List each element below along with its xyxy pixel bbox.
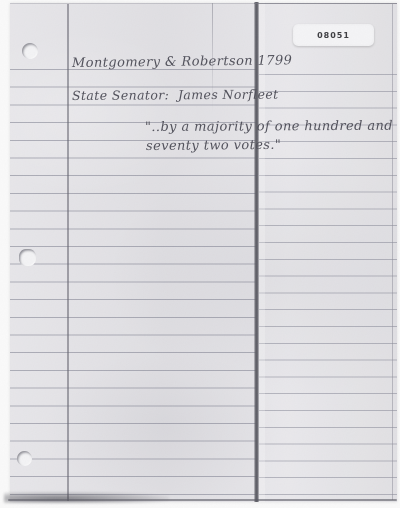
punch-hole-top [22, 43, 38, 59]
punch-hole-bottom [17, 451, 32, 466]
handwritten-senator-line: State Senator: James Norfleet [72, 87, 279, 103]
left-margin-line [67, 4, 69, 501]
handwritten-heading: Montgomery & Robertson 1799 [72, 53, 292, 71]
handwritten-quote-line-2: seventy two votes." [146, 138, 281, 154]
top-page-edge-right [254, 3, 397, 5]
handwritten-quote-line-1: "..by a majority of one hundred and [145, 119, 393, 135]
catalog-label: 08051 [293, 24, 374, 46]
punch-hole-middle [19, 249, 36, 266]
right-page-edge [392, 4, 393, 500]
bottom-page-edge [8, 499, 397, 501]
bottom-shadow-smudge [4, 492, 169, 503]
catalog-label-number: 08051 [317, 31, 350, 40]
page-fold-line [254, 2, 259, 502]
scanned-notebook-page: 08051 Montgomery & Robertson 1799 State … [0, 0, 400, 508]
fold-highlight [259, 2, 265, 502]
